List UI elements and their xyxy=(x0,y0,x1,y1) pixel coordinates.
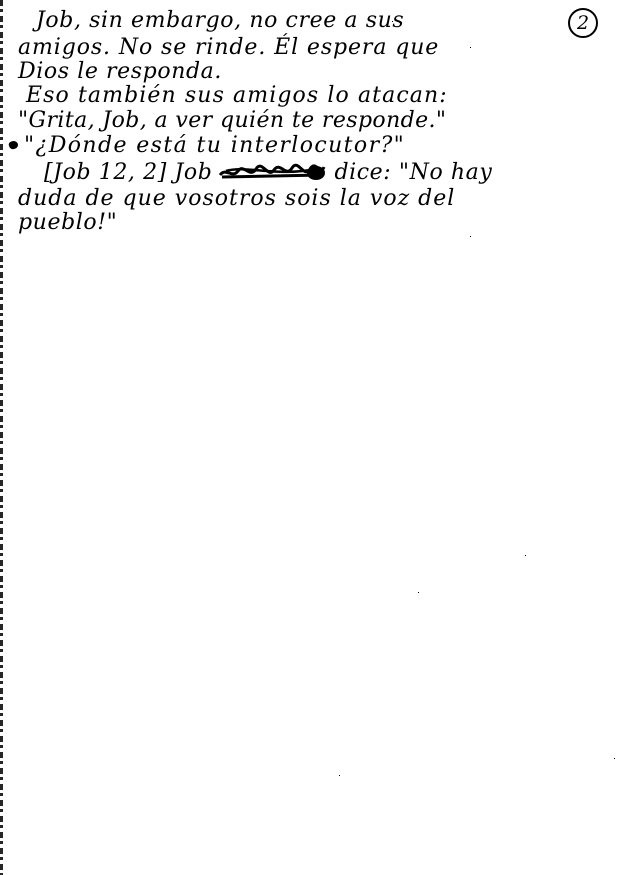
page-number-text: 2 xyxy=(577,14,589,33)
handwritten-line-9: pueblo!" xyxy=(18,212,117,234)
scan-speck xyxy=(470,47,471,48)
handwritten-line-8: duda de que vosotros sois la voz del xyxy=(18,188,455,210)
handwritten-line-5: "Grita, Job, a ver quién te responde." xyxy=(18,110,446,132)
page-number-circled: 2 xyxy=(568,8,598,38)
citation-text: [Job 12, 2] Job xyxy=(44,160,212,185)
handwritten-line-2: amigos. No se rinde. Él espera que xyxy=(18,37,439,59)
scan-edge-border xyxy=(0,0,3,875)
handwritten-line-6: "¿Dónde está tu interlocutor?" xyxy=(24,135,405,157)
crossed-out-word xyxy=(216,163,328,181)
scan-speck xyxy=(392,21,393,22)
scan-speck xyxy=(339,775,340,776)
handwritten-line-4: Eso también sus amigos lo atacan: xyxy=(26,85,448,107)
handwritten-line-3: Dios le responda. xyxy=(18,61,222,83)
scan-speck xyxy=(418,592,419,593)
handwritten-line-1: Job, sin embargo, no cree a sus xyxy=(36,10,404,32)
scan-speck xyxy=(614,758,615,759)
scan-speck xyxy=(525,555,526,556)
scan-speck xyxy=(470,236,471,237)
handwritten-line-7: [Job 12, 2] Jobdice: "No hay xyxy=(44,162,492,184)
scanned-page: 2 Job, sin embargo, no cree a sus amigos… xyxy=(0,0,619,875)
quote-start-text: dice: "No hay xyxy=(334,160,492,185)
ink-blot-bullet xyxy=(8,140,19,151)
